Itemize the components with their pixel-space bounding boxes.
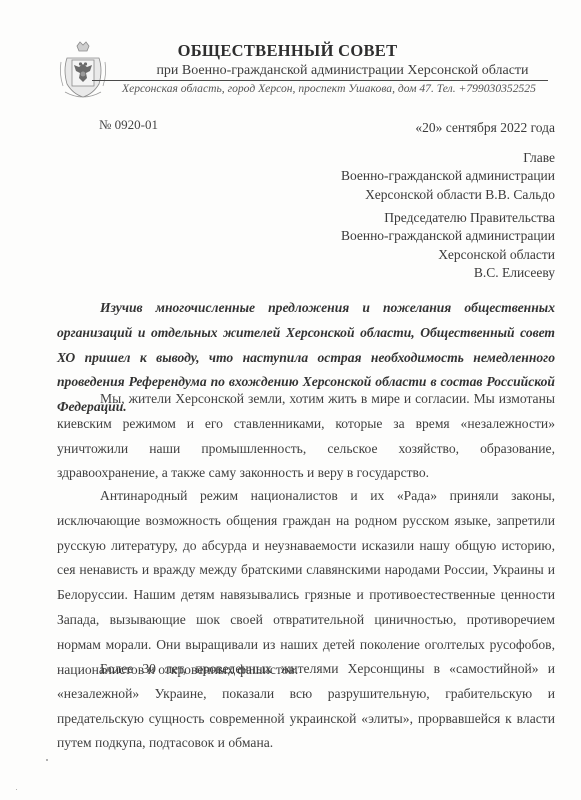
addressee-line: Главе [341,149,555,167]
body-paragraph-1: Мы, жители Херсонской земли, хотим жить … [57,387,555,486]
paragraph-text: Мы, жители Херсонской земли, хотим жить … [57,387,555,486]
addressee-line: Военно-гражданской администрации [341,227,555,245]
scan-speck [46,759,48,761]
letterhead-divider [92,80,548,81]
addressee-government-chair: Председателю Правительства Военно-гражда… [341,209,555,282]
body-paragraph-3: Более 30 лет, проведенных жителями Херсо… [57,657,555,756]
document-date: «20» сентября 2022 года [415,120,555,136]
paragraph-text: Более 30 лет, проведенных жителями Херсо… [57,657,555,756]
addressee-line: Военно-гражданской администрации [341,167,555,185]
paragraph-text: Антинародный режим националистов и их «Р… [57,484,555,682]
addressee-line: Херсонской области [341,246,555,264]
organization-title: ОБЩЕСТВЕННЫЙ СОВЕТ [120,41,455,61]
addressee-governor: Главе Военно-гражданской администрации Х… [341,149,555,204]
addressee-line: Херсонской области В.В. Сальдо [341,186,555,204]
letter-page: ОБЩЕСТВЕННЫЙ СОВЕТ при Военно-гражданско… [0,0,581,800]
organization-subtitle: при Военно-гражданской администрации Хер… [150,63,535,79]
scan-speck [16,789,17,790]
coat-of-arms-icon [57,40,109,100]
addressee-line: В.С. Елисееву [341,264,555,282]
document-number: № 0920-01 [99,117,158,133]
addressee-line: Председателю Правительства [341,209,555,227]
body-paragraph-2: Антинародный режим националистов и их «Р… [57,484,555,682]
organization-address: Херсонская область, город Херсон, проспе… [122,82,552,95]
